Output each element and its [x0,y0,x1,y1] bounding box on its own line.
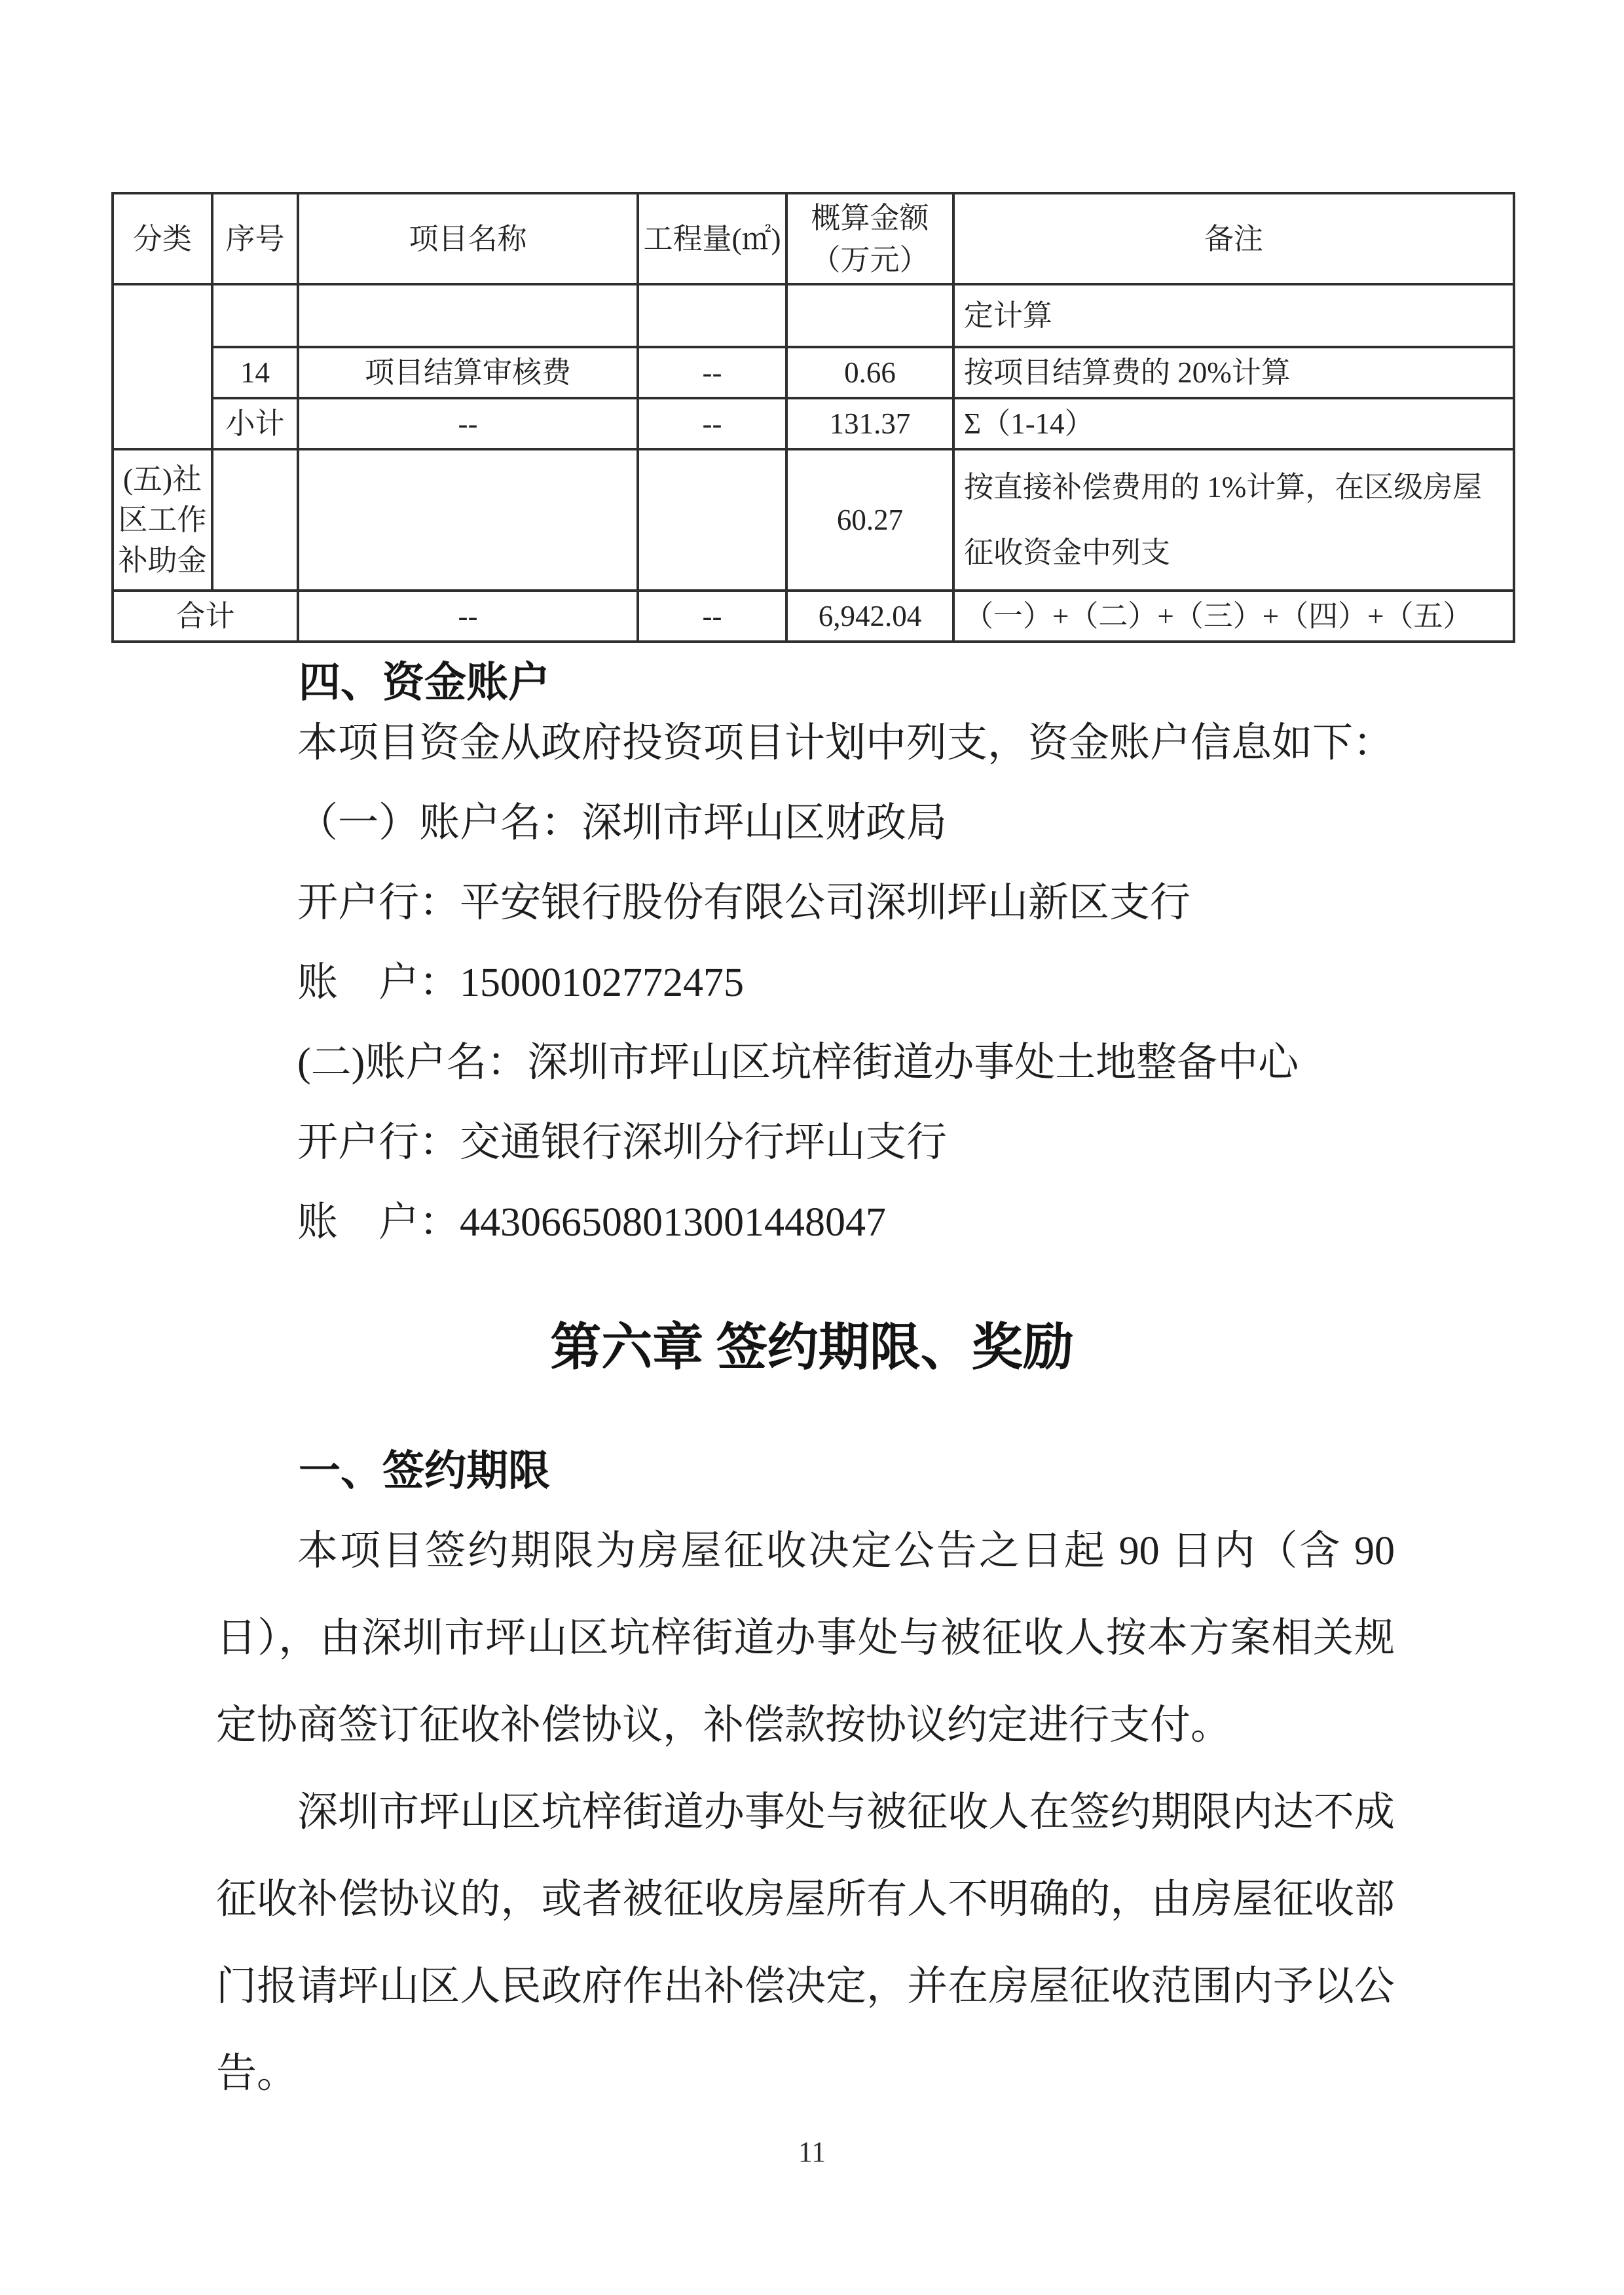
item-14-remark-cell: 按项目结算费的 20%计算 [953,347,1514,398]
account-line-6: 账 户：443066508013001448047 [216,1183,1414,1262]
header-quantity: 工程量(㎡) [638,193,786,284]
community-name-cell [298,449,638,591]
sign-paragraph-2: 深圳市坪山区坑梓街道办事处与被征收人在签约期限内达不成征收补偿协议的，或者被征收… [216,1769,1395,2118]
subtotal-quantity-cell: -- [638,398,786,449]
header-amount-line1: 概算金额 [788,197,952,239]
total-name-cell: -- [298,591,638,642]
subtotal-amount-cell: 131.37 [786,398,953,449]
total-label-cell: 合计 [113,591,298,642]
subtotal-name-cell: -- [298,398,638,449]
funds-section-heading: 四、资金账户 [299,660,550,706]
carryover-quantity-cell [638,284,786,347]
total-remark-cell: （一）+（二）+（三）+（四）+（五） [953,591,1514,642]
community-amount-cell: 60.27 [786,449,953,591]
header-amount-line2: （万元） [788,239,952,281]
sign-section-heading: 一、签约期限 [299,1448,550,1494]
sign-section-body: 本项目签约期限为房屋征收决定公告之日起 90 日内（含 90 日），由深圳市坪山… [216,1508,1395,2118]
page-number: 11 [0,2136,1624,2169]
total-row: 合计 -- -- 6,942.04 （一）+（二）+（三）+（四）+（五） [113,591,1514,642]
total-amount-cell: 6,942.04 [786,591,953,642]
item-14-amount-cell: 0.66 [786,347,953,398]
community-remark-cell: 按直接补偿费用的 1%计算，在区级房屋征收资金中列支 [953,449,1514,591]
chapter-title: 第六章 签约期限、奖励 [0,1317,1624,1378]
subtotal-label-cell: 小计 [212,398,298,449]
item-14-row: 14 项目结算审核费 -- 0.66 按项目结算费的 20%计算 [113,347,1514,398]
item-14-name-cell: 项目结算审核费 [298,347,638,398]
carryover-name-cell [298,284,638,347]
subtotal-row: 小计 -- -- 131.37 Σ（1-14） [113,398,1514,449]
community-subsidy-row: (五)社区工作补助金 60.27 按直接补偿费用的 1%计算，在区级房屋征收资金… [113,449,1514,591]
account-line-3: 账 户：15000102772475 [216,943,1414,1023]
funds-section-body: 本项目资金从政府投资项目计划中列支，资金账户信息如下： （一）账户名：深圳市坪山… [216,703,1414,1262]
budget-table: 分类 序号 项目名称 工程量(㎡) 概算金额 （万元） 备注 定计算 14 [111,192,1515,643]
header-index: 序号 [212,193,298,284]
total-quantity-cell: -- [638,591,786,642]
carryover-amount-cell [786,284,953,347]
header-name: 项目名称 [298,193,638,284]
category-empty-cell [113,284,212,449]
subtotal-remark-cell: Σ（1-14） [953,398,1514,449]
community-index-cell [212,449,298,591]
community-category-cell: (五)社区工作补助金 [113,449,212,591]
carryover-row: 定计算 [113,284,1514,347]
carryover-index-cell [212,284,298,347]
account-line-2: 开户行：平安银行股份有限公司深圳坪山新区支行 [216,863,1414,943]
account-line-4: (二)账户名：深圳市坪山区坑梓街道办事处土地整备中心 [216,1023,1414,1103]
item-14-quantity-cell: -- [638,347,786,398]
header-remark: 备注 [953,193,1514,284]
header-category: 分类 [113,193,212,284]
header-amount: 概算金额 （万元） [786,193,953,284]
community-quantity-cell [638,449,786,591]
funds-intro: 本项目资金从政府投资项目计划中列支，资金账户信息如下： [216,703,1414,783]
document-page: 分类 序号 项目名称 工程量(㎡) 概算金额 （万元） 备注 定计算 14 [0,0,1624,2295]
table-header-row: 分类 序号 项目名称 工程量(㎡) 概算金额 （万元） 备注 [113,193,1514,284]
account-line-1: （一）账户名：深圳市坪山区财政局 [216,783,1414,863]
account-line-5: 开户行：交通银行深圳分行坪山支行 [216,1103,1414,1183]
sign-paragraph-1: 本项目签约期限为房屋征收决定公告之日起 90 日内（含 90 日），由深圳市坪山… [216,1508,1395,1769]
item-14-index-cell: 14 [212,347,298,398]
carryover-remark-cell: 定计算 [953,284,1514,347]
